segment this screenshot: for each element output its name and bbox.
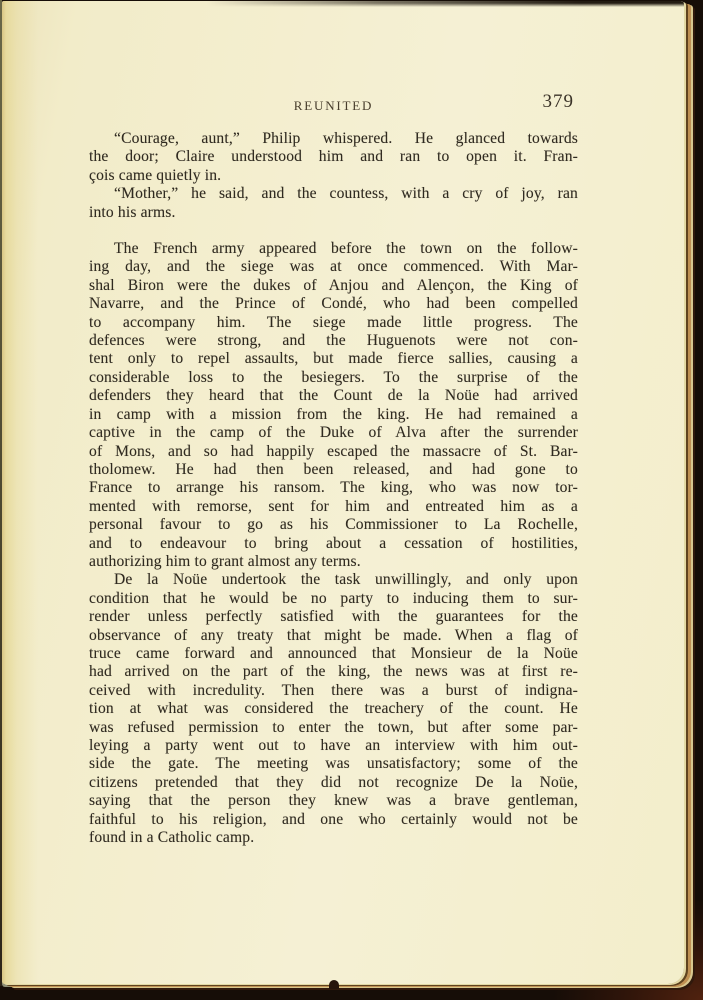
page-bottom-notch	[329, 980, 339, 989]
text-line: render unless perfectly satisfied with t…	[89, 608, 578, 626]
gutter-shadow	[2, 1, 38, 984]
text-line: “Mother,” he said, and the countess, wit…	[89, 185, 578, 203]
text-line: considerable loss to the besiegers. To t…	[89, 369, 578, 387]
paragraph: The French army appeared before the town…	[89, 240, 578, 571]
text-line: defenders they heard that the Count de l…	[89, 387, 578, 405]
book-page-scan: REUNITED 379 “Courage, aunt,” Philip whi…	[0, 0, 703, 1000]
text-line: ing day, and the siege was at once comme…	[89, 258, 578, 276]
text-line: shal Biron were the dukes of Anjou and A…	[89, 277, 578, 295]
running-title: REUNITED	[294, 98, 373, 114]
text-line: Navarre, and the Prince of Condé, who ha…	[89, 295, 578, 313]
text-line: of Mons, and so had happily escaped the …	[89, 443, 578, 461]
page-top-shadow	[2, 1, 684, 7]
text-line: defences were strong, and the Huguenots …	[89, 332, 578, 350]
text-line: ceived with incredulity. Then there was …	[89, 682, 578, 700]
text-line: found in a Catholic camp.	[89, 829, 578, 847]
text-line: tholomew. He had then been released, and…	[89, 461, 578, 479]
page: REUNITED 379 “Courage, aunt,” Philip whi…	[2, 1, 684, 984]
text-line: leying a party went out to have an inter…	[89, 737, 578, 755]
text-line: condition that he would be no party to i…	[89, 590, 578, 608]
text-line: faithful to his religion, and one who ce…	[89, 811, 578, 829]
text-line: observance of any treaty that might be m…	[89, 627, 578, 645]
text-line: truce came forward and announced that Mo…	[89, 645, 578, 663]
paragraph: “Mother,” he said, and the countess, wit…	[89, 185, 578, 222]
paragraph: De la Noüe undertook the task unwillingl…	[89, 571, 578, 847]
text-line: çois came quietly in.	[89, 167, 578, 185]
text-line: De la Noüe undertook the task unwillingl…	[89, 571, 578, 589]
text-line: The French army appeared before the town…	[89, 240, 578, 258]
text-line: in camp with a mission from the king. He…	[89, 406, 578, 424]
text-line: into his arms.	[89, 204, 578, 222]
text-line: to accompany him. The siege made little …	[89, 314, 578, 332]
text-line: authorizing him to grant almost any term…	[89, 553, 578, 571]
text-line: side the gate. The meeting was unsatisfa…	[89, 755, 578, 773]
text-line: mented with remorse, sent for him and en…	[89, 498, 578, 516]
text-line: France to arrange his ransom. The king, …	[89, 479, 578, 497]
text-line: citizens pretended that they did not rec…	[89, 774, 578, 792]
text-line: had arrived on the part of the king, the…	[89, 663, 578, 681]
paragraph: “Courage, aunt,” Philip whispered. He gl…	[89, 130, 578, 185]
text-line: the door; Claire understood him and ran …	[89, 148, 578, 166]
text-line: personal favour to go as his Commissione…	[89, 516, 578, 534]
page-header: REUNITED 379	[89, 95, 578, 117]
text-line: tent only to repel assaults, but made fi…	[89, 350, 578, 368]
text-body: “Courage, aunt,” Philip whispered. He gl…	[89, 130, 578, 847]
text-line: captive in the camp of the Duke of Alva …	[89, 424, 578, 442]
text-line: “Courage, aunt,” Philip whispered. He gl…	[89, 130, 578, 148]
text-line: and to endeavour to bring about a cessat…	[89, 535, 578, 553]
page-number: 379	[543, 91, 575, 113]
text-line: saying that the person they knew was a b…	[89, 792, 578, 810]
text-line: was refused permission to enter the town…	[89, 719, 578, 737]
text-line: tion at what was considered the treacher…	[89, 700, 578, 718]
